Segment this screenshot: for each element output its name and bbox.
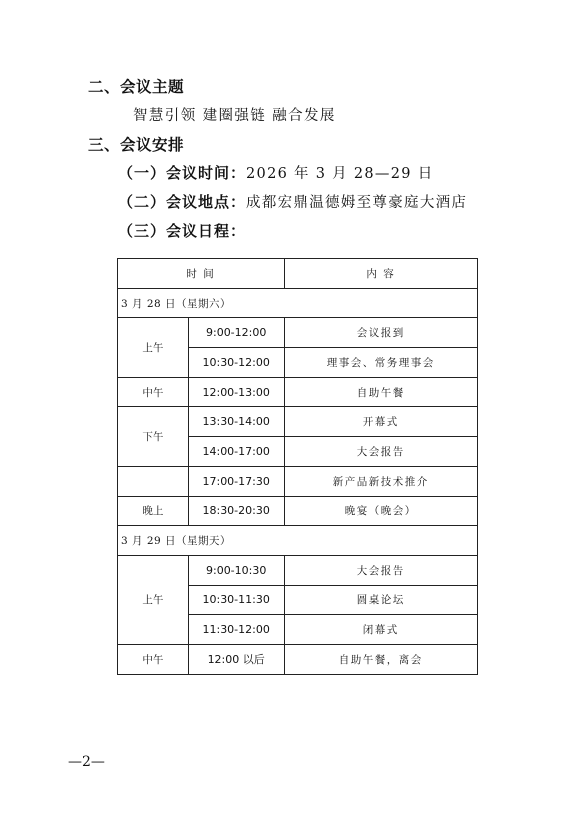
- content-cell: 开幕式: [284, 407, 477, 437]
- header-content: 内 容: [284, 259, 477, 289]
- table-row: 下午 13:30-14:00 开幕式: [118, 407, 478, 437]
- date-day1: 3 月 28 日（星期六）: [118, 288, 478, 318]
- table-row: 中午 12:00 以后 自助午餐，离会: [118, 644, 478, 674]
- content-cell: 自助午餐: [284, 377, 477, 407]
- content-cell: 理事会、常务理事会: [284, 348, 477, 378]
- time-cell: 9:00-10:30: [188, 555, 284, 585]
- period-cell: 中午: [118, 377, 189, 407]
- table-row: 上午 9:00-10:30 大会报告: [118, 555, 478, 585]
- header-time: 时 间: [118, 259, 285, 289]
- content-cell: 晚宴（晚会）: [284, 496, 477, 526]
- period-cell: [118, 466, 189, 496]
- content-cell: 自助午餐，离会: [284, 644, 477, 674]
- page-number: —2—: [68, 754, 105, 770]
- time-cell: 10:30-11:30: [188, 585, 284, 615]
- table-row: 上午 9:00-12:00 会议报到: [118, 318, 478, 348]
- period-cell: 下午: [118, 407, 189, 466]
- table-header-row: 时 间 内 容: [118, 259, 478, 289]
- time-cell: 13:30-14:00: [188, 407, 284, 437]
- time-cell: 14:00-17:00: [188, 437, 284, 467]
- period-cell: 中午: [118, 644, 189, 674]
- table-row: 晚上 18:30-20:30 晚宴（晚会）: [118, 496, 478, 526]
- meeting-venue-value: 成都宏鼎温德姆至尊豪庭大酒店: [246, 195, 467, 211]
- meeting-time-value: 2026 年 3 月 28—29 日: [246, 166, 433, 182]
- time-cell: 12:00-13:00: [188, 377, 284, 407]
- time-cell: 10:30-12:00: [188, 348, 284, 378]
- conference-theme: 智慧引领 建圈强链 融合发展: [133, 104, 336, 125]
- time-cell: 12:00 以后: [188, 644, 284, 674]
- time-cell: 17:00-17:30: [188, 466, 284, 496]
- time-cell: 9:00-12:00: [188, 318, 284, 348]
- meeting-agenda-label: （三）会议日程：: [118, 222, 246, 240]
- table-row: 17:00-17:30 新产品新技术推介: [118, 466, 478, 496]
- period-cell: 上午: [118, 318, 189, 377]
- meeting-venue-label: （二）会议地点：: [118, 193, 246, 211]
- time-cell: 11:30-12:00: [188, 615, 284, 645]
- section-heading-arrangement: 三、会议安排: [88, 133, 184, 155]
- content-cell: 圆桌论坛: [284, 585, 477, 615]
- date-day2: 3 月 29 日（星期天）: [118, 526, 478, 556]
- meeting-time-label: （一）会议时间：: [118, 164, 246, 182]
- content-cell: 大会报告: [284, 437, 477, 467]
- period-cell: 上午: [118, 555, 189, 644]
- meeting-agenda: （三）会议日程：: [118, 220, 246, 241]
- table-row: 中午 12:00-13:00 自助午餐: [118, 377, 478, 407]
- time-cell: 18:30-20:30: [188, 496, 284, 526]
- content-cell: 新产品新技术推介: [284, 466, 477, 496]
- date-row: 3 月 29 日（星期天）: [118, 526, 478, 556]
- content-cell: 大会报告: [284, 555, 477, 585]
- meeting-venue: （二）会议地点：成都宏鼎温德姆至尊豪庭大酒店: [118, 191, 467, 212]
- schedule-table: 时 间 内 容 3 月 28 日（星期六） 上午 9:00-12:00 会议报到…: [117, 258, 478, 675]
- period-cell: 晚上: [118, 496, 189, 526]
- date-row: 3 月 28 日（星期六）: [118, 288, 478, 318]
- content-cell: 会议报到: [284, 318, 477, 348]
- section-heading-theme: 二、会议主题: [88, 75, 184, 97]
- content-cell: 闭幕式: [284, 615, 477, 645]
- meeting-time: （一）会议时间：2026 年 3 月 28—29 日: [118, 162, 434, 183]
